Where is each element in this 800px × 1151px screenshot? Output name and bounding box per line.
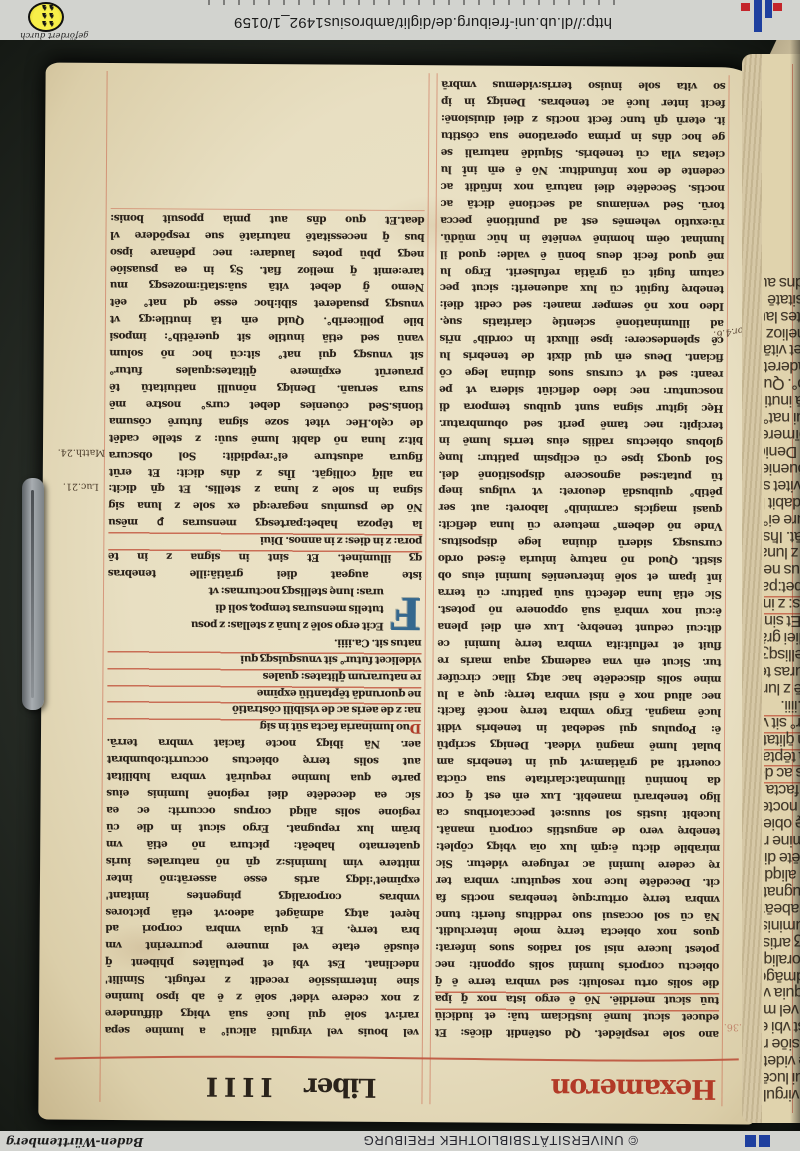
manuscript-text-line: bus q̄ necessitatē naturiatē sue respōde… xyxy=(110,226,424,245)
manuscript-text-line: deat.Et quo dn̄s aut pmia pposuit bonis: xyxy=(111,209,425,228)
manuscript-text-line: Duo luminaria facta sūt in sig xyxy=(107,716,421,735)
copyright-text: © UNIVERSITÄTSBIBLIOTHEK FREIBURG xyxy=(363,1133,638,1148)
baden-wuerttemberg-crest-icon: ♞♞ ♞♞ ♞♞ xyxy=(28,2,64,32)
manuscript-text-line: da hominū illuminat:claritate sua cūcta xyxy=(437,770,721,789)
manuscript-text-line: tū putat:sed agnoscere dispositionē dei. xyxy=(439,465,723,484)
running-header-title: Hexameron xyxy=(552,1072,717,1104)
manuscript-text-line: qʒ illuminet. Et sint in signa z in tē xyxy=(108,547,422,566)
manuscript-text-line: pētib° quibusdā deuoret: vt vulgus inep xyxy=(439,482,723,501)
manuscript-text-line: vmbras corporaliqʒ pingentes imitant' xyxy=(106,886,420,905)
manuscript-text-line: sine intermissiōe recedit z refugit. Sim… xyxy=(105,970,419,989)
manuscript-text-line: couertit ad grātiam:vt qui in tenebris a… xyxy=(437,753,721,772)
funding-label: gefördert durch xyxy=(20,30,89,40)
manuscript-text-line: regione solis aliqd corpus occurrit: ec … xyxy=(106,801,420,820)
manuscript-text-line: catum fugit cū grātia refulserit. Ergo l… xyxy=(440,262,724,281)
manuscript-text-line: int̄ ipam et solē interueniēs lumini eiu… xyxy=(438,566,722,585)
manuscript-text-line: ligo tenebrarū manebit. Lux em̄ est q̄ c… xyxy=(437,786,721,805)
manuscript-text-line: ē:cui nox vmbrā suā opponere nō potest. xyxy=(438,600,722,619)
running-header: Hexameron Liber IIII xyxy=(38,1065,754,1104)
manuscript-text-line: Vnde nō debem° metuere cū luna deficit: xyxy=(438,516,722,535)
manuscript-text-line: na aliq̄ colligāt. Ih̄s z dn̄s dicit: Et… xyxy=(109,463,423,482)
manuscript-text-line: fluit et refluit:ita vmbra terrę lumini … xyxy=(438,634,722,653)
manuscript-text-line: potest lucere nisi sol radios suos infer… xyxy=(435,939,719,958)
manuscript-text-line: rū:exutio vehemēs est ad punitionē pecca xyxy=(441,211,725,230)
manuscript-text-line: torū. Sed veniamus ad sectionē dictā ac xyxy=(441,194,725,213)
photo-edge-shadow xyxy=(790,40,800,1131)
manuscript-text-line: ficiant. Deus em̄ qui dixit de tenebris … xyxy=(440,346,724,365)
manuscript-text-line: nec aliud nox ē nisi vmbra terrę: quę a … xyxy=(437,685,721,704)
source-url-text: http://dl.ub.uni-freiburg.de/diglit/ambr… xyxy=(234,14,612,31)
running-header-book-number: IIII xyxy=(200,1071,273,1102)
manuscript-text-line: Ecit ergo solē z lunā z stellas: z posu xyxy=(108,615,422,634)
bottom-bar-rotated-content: © UNIVERSITÄTSBIBLIOTHEK FREIBURG Baden-… xyxy=(0,1131,800,1151)
manuscript-text-line: signa in sole z luna z stellis. Et qn̄ d… xyxy=(109,480,423,499)
manuscript-text-line: ano sole resplēdet. Qd ostēndit dicēs: E… xyxy=(435,1023,719,1042)
manuscript-text-line: bra terrę. Et quia vmbra corpori ad xyxy=(106,920,420,939)
manuscript-text-line: tionis.Sed cōuenies debet curs° nostre m… xyxy=(109,395,423,414)
manuscript-text-line: mirabile dictu ē:qm̄ lux oīa vbiqʒ cōple… xyxy=(436,837,720,856)
marginal-citation: Luc.21. xyxy=(63,481,99,492)
manuscript-text-line: mine solis discedēte hac atqʒ illac circ… xyxy=(437,668,721,687)
manuscript-text-line: educet sicut lumē iusticiam tuā: et iudi… xyxy=(435,1006,719,1025)
manuscript-text-line: vel bouis vel virgulti alicui° a lumine … xyxy=(105,1021,419,1040)
manuscript-text-line: hęret atqʒ admāget adeo:vt etiā pictores xyxy=(106,903,420,922)
manuscript-text-line: die solis ortu resoluit: sed vmbra terre… xyxy=(435,973,719,992)
manuscript-text-line: Nemo ḡ debet vitā suā:statī:mozesqʒ mu xyxy=(110,276,424,295)
manuscript-text-line: na: z de aeris ac de visibili cōstratiō xyxy=(107,700,421,719)
manuscript-text-line: sura seruan̄. Deniqʒ nōnulli natiuitatū … xyxy=(109,378,423,397)
manuscript-text-line: it. etern̄ qn̄ tunc fecit noctis z diei … xyxy=(441,110,725,129)
manuscript-text-line: parte qua lumine requirāt vmbra lubilita… xyxy=(107,767,421,786)
manuscript-text-line: sit vnusqʒ qui nat° sit:cū hoc nō solum xyxy=(110,344,424,363)
book-page-scan: Hexameron Liber IIII ano sole resplēdet.… xyxy=(38,63,761,1125)
manuscript-text-line: cē splendescere: ipse illuxit in cordib°… xyxy=(440,330,724,349)
manuscript-text-line: tuū sicut meridiē. Nō ē ergo ista nox q̄… xyxy=(435,989,719,1008)
manuscript-text-line: tare:emit q̄ melioz fiat. Sʒ in ea psuas… xyxy=(110,260,424,279)
manuscript-text-line: mē quod fecit deus bonū ē valde: quod il xyxy=(440,245,724,264)
marginalia-layer: Ps.36.2.Cor.4.6.Luc.21.Matth.24. xyxy=(38,1119,754,1124)
digitized-book-scan-viewer: { "top_bar": { "url": "http://dl.ub.uni-… xyxy=(0,0,800,1151)
manuscript-text-line: brām lux repugnat. Ergo sicut in die cū xyxy=(106,818,420,837)
manuscript-text-line: sic ea decedēte diei regionē luminis eiu… xyxy=(107,784,421,803)
manuscript-text-line: ē: Populus qui sedebat in tenebris vidit xyxy=(437,719,721,738)
red-lombard-initial: D xyxy=(410,720,421,735)
manuscript-text-line: neqʒ pbū potes laudare: nec pdēnare ipso xyxy=(110,243,424,262)
manuscript-text-line: mittere vim luminis:z qn̄ nō naturales i… xyxy=(106,852,420,871)
manuscript-text-line: cietas vlla cū tenebris. Siquidē natural… xyxy=(441,143,725,162)
manuscript-text-line: Sol quoqʒ ipse cū eclipsim patitur: lunę xyxy=(439,448,723,467)
library-frame-top-bar: http://dl.ub.uni-freiburg.de/diglit/ambr… xyxy=(0,0,800,40)
manuscript-text-line: ad illuminationē scientię claritatis suę… xyxy=(440,313,724,332)
manuscript-text-line: ndeclinat. Est vbi et petulātes phibent … xyxy=(105,953,419,972)
manuscript-text-line: quaternato habeāt: pictura nō etiā vm xyxy=(106,835,420,854)
manuscript-text-line: cedente de nox infunditur. Nō ē em̄ int̄… xyxy=(441,160,725,179)
manuscript-text-line: aut solis terrę obiectus occurrit:obumbr… xyxy=(107,750,421,769)
manuscript-text-line: vnusqʒ psuaderet sibi:hoc esse qd nat° e… xyxy=(110,293,424,312)
manuscript-text-line: Hęc igitur signa sunt quibus tempora di xyxy=(439,397,723,416)
manuscript-text-line: ne quorundā tēptantiū expīme xyxy=(107,683,421,702)
manuscript-text-line: natus sit. Ca.iiii. xyxy=(108,632,422,651)
scan-photo-area: Hexameron Liber IIII ano sole resplēdet.… xyxy=(0,40,800,1131)
manuscript-text-line: z nox cedere videt' solē z ē ab ipso lum… xyxy=(105,987,419,1006)
blue-square-mark xyxy=(745,1135,756,1147)
text-column-right: vel bouis vel virgulti alicui° a lumine … xyxy=(105,209,425,1040)
manuscript-text-line: noctis. Secedēte diei naturā nox infūdit… xyxy=(441,177,725,196)
top-bar-rotated-content: http://dl.ub.uni-freiburg.de/diglit/ambr… xyxy=(0,0,800,40)
lion-glyph: ♞♞ xyxy=(35,4,55,11)
page-content-rotated: Hexameron Liber IIII ano sole resplēdet.… xyxy=(38,63,761,1125)
manuscript-text-line: fecit inter lucē ac tenebras. Deniqʒ in … xyxy=(441,93,725,112)
blue-lombard-initial: F xyxy=(390,590,422,634)
manuscript-text-line: so vita sole inuiso terris:videmus vmbrā xyxy=(441,76,725,95)
manuscript-text-line: Sic etiā luna defectū suū patitur: cū te… xyxy=(438,583,722,602)
manuscript-text-line: vmbra terrę oritur:quę tenebras noctis f… xyxy=(436,888,720,907)
manuscript-text-line: Ideo nox nō semper manet: sed cedit diei… xyxy=(440,296,724,315)
manuscript-text-line: quos nox obiecta terrę mole intercludit. xyxy=(436,922,720,941)
manuscript-text-line: sistit. Quod nō naturę iniuria ē:sed ord… xyxy=(438,550,722,569)
manuscript-text-line: Nō de psumius negare:qd ex sole z luna s… xyxy=(109,496,423,515)
manuscript-text-line: vanū sed etiā inutile sit querētib°: imp… xyxy=(110,327,424,346)
lion-glyph: ♞♞ xyxy=(35,12,55,19)
manuscript-text-line: pora: z in dies: z in annos. Diui xyxy=(108,530,422,549)
manuscript-text-line: tutelis mensuras tempoꝝ soli di xyxy=(108,598,422,617)
region-label: Baden-Württemberg xyxy=(6,1135,143,1149)
fore-edge-page-stack xyxy=(742,54,764,1123)
manuscript-text-line: lucē magnā. Ergo vmbra terrę noctē facit… xyxy=(437,702,721,721)
manuscript-text-line: iste augeat diei grātiā:ille tenebras xyxy=(108,564,422,583)
manuscript-text-line: tercipit: nec tamē perit sed obumbratur. xyxy=(439,414,723,433)
manuscript-text-line: tenebrę fugiūt cū lux aduenerit: sicut p… xyxy=(440,279,724,298)
marginal-citation: Matth.24. xyxy=(58,447,105,458)
manuscript-text-line: noscuntur: nec ideo deficiūt sidera vt p… xyxy=(439,380,723,399)
manuscript-text-line: ge hoc dn̄s in prima operatione sua cōst… xyxy=(441,126,725,145)
manuscript-text-line: cursusqʒ siderū diuina lege dispositus. xyxy=(438,533,722,552)
manuscript-text-line: bit:z luna nō dabit lumē suū: z stelle c… xyxy=(109,429,423,448)
manuscript-text-line: reant: sed vt cursus suos diuina lege cō xyxy=(439,363,723,382)
manuscript-text-line: quasi magicis carminib° laboret: aut ser xyxy=(439,499,723,518)
manuscript-text-line: globus obiectus radiis eius terris lumē … xyxy=(439,431,723,450)
manuscript-text-line: eiusdē etate vel munere pcurrerint vm xyxy=(105,936,419,955)
manuscript-text-line: aer. Nā ibiqʒ nocte faciat vmbra terrā. xyxy=(107,733,421,752)
manuscript-text-line: re naturarum q̄litates: quales xyxy=(107,666,421,685)
manuscript-text-line: obiectu corporis lumini solis opponit: n… xyxy=(435,956,719,975)
lion-glyph: ♞♞ xyxy=(35,20,55,27)
manuscript-text-line: la tēpoza habet:partesqʒ mensuras ꝑ mēsu xyxy=(108,513,422,532)
manuscript-text-line: cit. Decedēte luce nox sequitur: vmbra t… xyxy=(436,871,720,890)
manuscript-text-line: rari:vt solē qui lucē suā vbiqʒ diffunde… xyxy=(105,1004,419,1023)
manuscript-text-line: figura adusture ei°:repdidit: Sol obscur… xyxy=(109,446,423,465)
manuscript-text-line: expīmet':idqʒ artis esse asserāt:nō inte… xyxy=(106,869,420,888)
clipped-text-sliver xyxy=(195,0,615,5)
manuscript-text-line: tur. Sicut em̄ vna eademqʒ aqua maris re xyxy=(437,651,721,670)
dfg-bars-logo-icon xyxy=(728,0,792,40)
manuscript-text-line: de cęlo.Hec vitet soze signa futurē cōsu… xyxy=(109,412,423,431)
manuscript-text-line: bulat lumē magnū videat. Deniqʒ scriptū xyxy=(437,736,721,755)
text-column-left: ano sole resplēdet. Qd ostēndit dicēs: E… xyxy=(435,76,726,1043)
blue-square-mark xyxy=(759,1135,770,1147)
library-frame-bottom-bar: © UNIVERSITÄTSBIBLIOTHEK FREIBURG Baden-… xyxy=(0,1131,800,1151)
page-holder-clip xyxy=(22,478,44,710)
manuscript-text-line: rę cedere lumini ac refugere videtur. Si… xyxy=(436,854,720,873)
manuscript-text-line: lucebit iustis sol suus:et peccatoribus … xyxy=(436,803,720,822)
manuscript-text-line: uras: lunę stellisqʒ nocturnas: vt xyxy=(108,581,422,600)
running-header-liber: Liber xyxy=(305,1071,377,1101)
manuscript-text-line: videlicet futur° sit vnusquisqʒ qui xyxy=(107,649,421,668)
manuscript-text-line: prauerūt expīmere q̄litates:quales futur… xyxy=(109,361,423,380)
manuscript-text-line: luminat oēm hominē veniētē in hūc mūdū. xyxy=(440,228,724,247)
manuscript-text-line: bile pollicerib°. Quid em̄ tā inutile:qʒ… xyxy=(110,310,424,329)
manuscript-text-line: Nā cū sol occasui suo redditus fuerit: t… xyxy=(436,905,720,924)
manuscript-text-line: tenebrę vero de angustiis corporū manāt. xyxy=(436,820,720,839)
manuscript-text-line: dit:cui cedunt tenebrę. Lux em̄ diei ple… xyxy=(438,617,722,636)
